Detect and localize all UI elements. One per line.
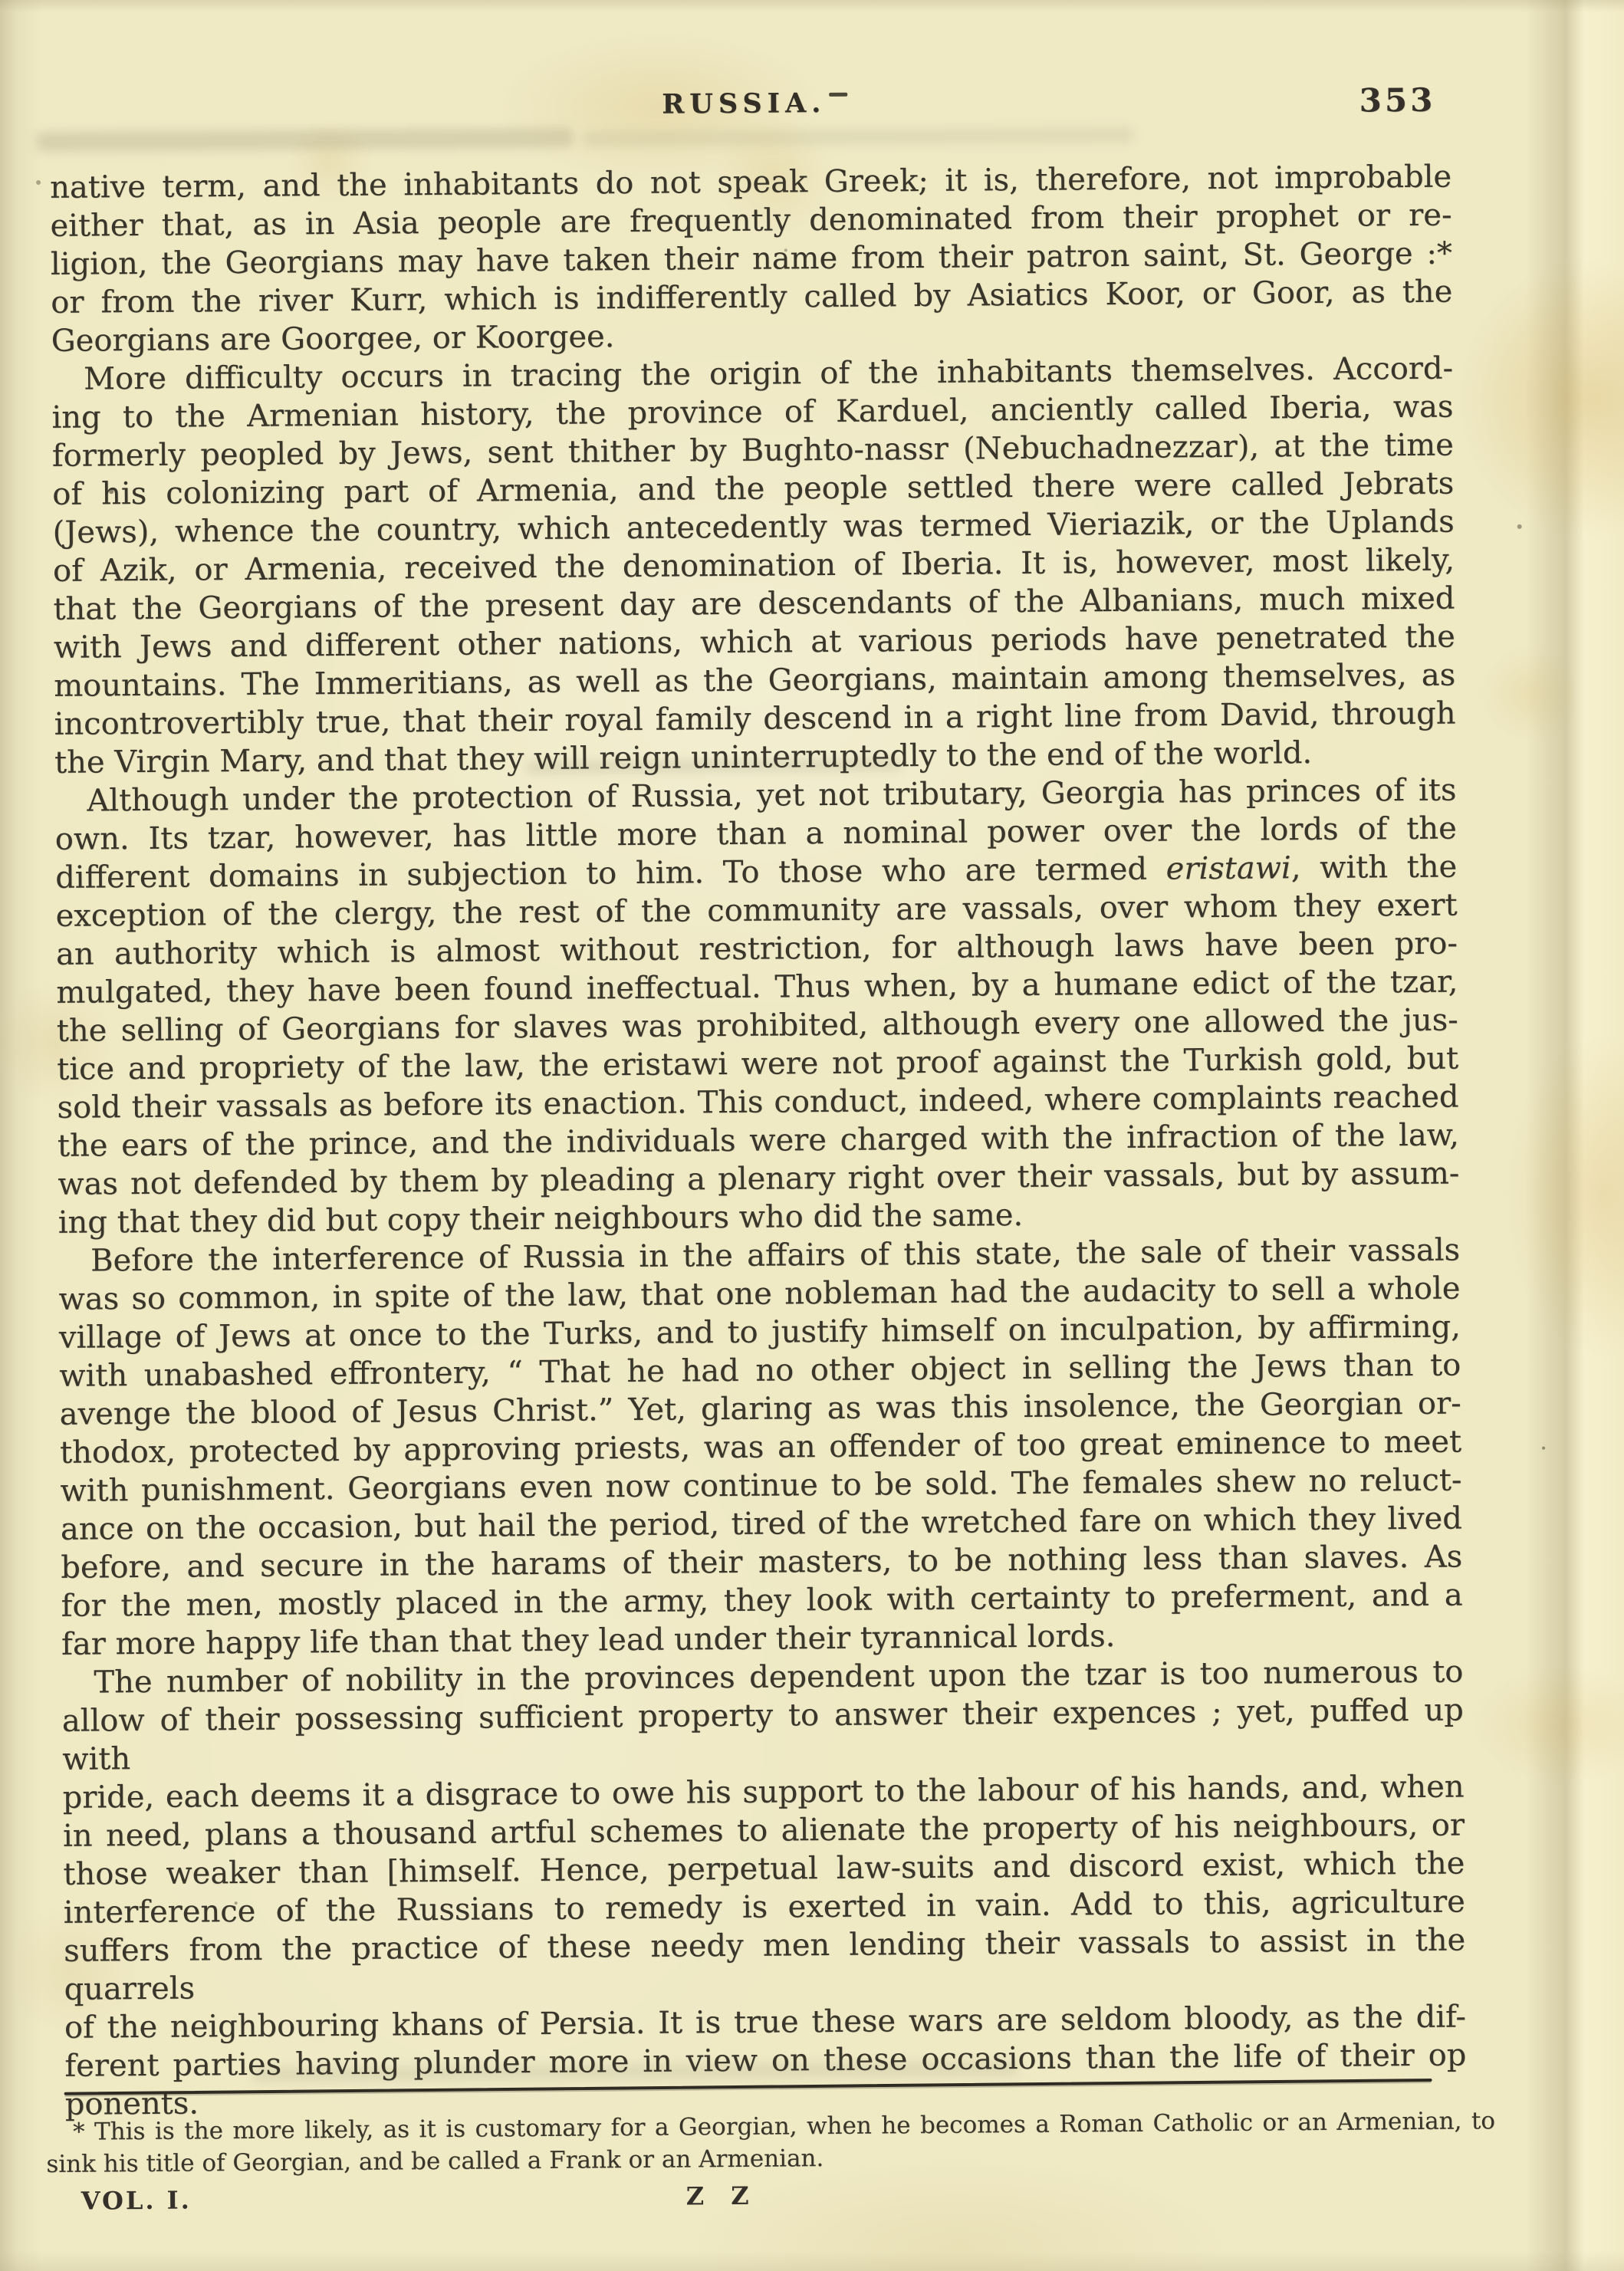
- footnote: * This is the more likely, as it is cust…: [46, 2105, 1496, 2181]
- page-footer: VOL. I. Z Z: [8, 2174, 1624, 2226]
- paragraph: Although under the protection of Russia,…: [54, 771, 1460, 1242]
- show-through-smudge: [583, 127, 1135, 148]
- paragraph: native term, and the inhabitants do not …: [50, 158, 1453, 360]
- text-segment: , with the: [1291, 850, 1458, 886]
- page-header: RUSSIA. 353: [49, 82, 1460, 133]
- italic-term: eristawi: [1165, 850, 1290, 886]
- text-line: suffers from the practice of these needy…: [64, 1921, 1466, 2008]
- paragraph: * This is the more likely, as it is cust…: [46, 2105, 1496, 2181]
- paragraph: More difficulty occurs in tracing the or…: [51, 350, 1456, 782]
- volume-label: VOL. I.: [81, 2186, 192, 2216]
- text-line: allow of their possessing sufficient pro…: [62, 1691, 1465, 1779]
- scanned-book-page: { "page": { "running_title": "RUSSIA.", …: [0, 0, 1624, 2271]
- running-title: RUSSIA.: [662, 87, 826, 120]
- body-text: native term, and the inhabitants do not …: [50, 158, 1467, 2124]
- paragraph: Before the interference of Russia in the…: [58, 1231, 1463, 1664]
- signature-mark: Z Z: [686, 2181, 758, 2211]
- page-number: 353: [1359, 81, 1435, 120]
- page-content: RUSSIA. 353 native term, and the inhabit…: [0, 0, 1624, 2271]
- paragraph: The number of nobility in the provinces …: [61, 1653, 1467, 2124]
- print-artifact-mark: [829, 93, 847, 97]
